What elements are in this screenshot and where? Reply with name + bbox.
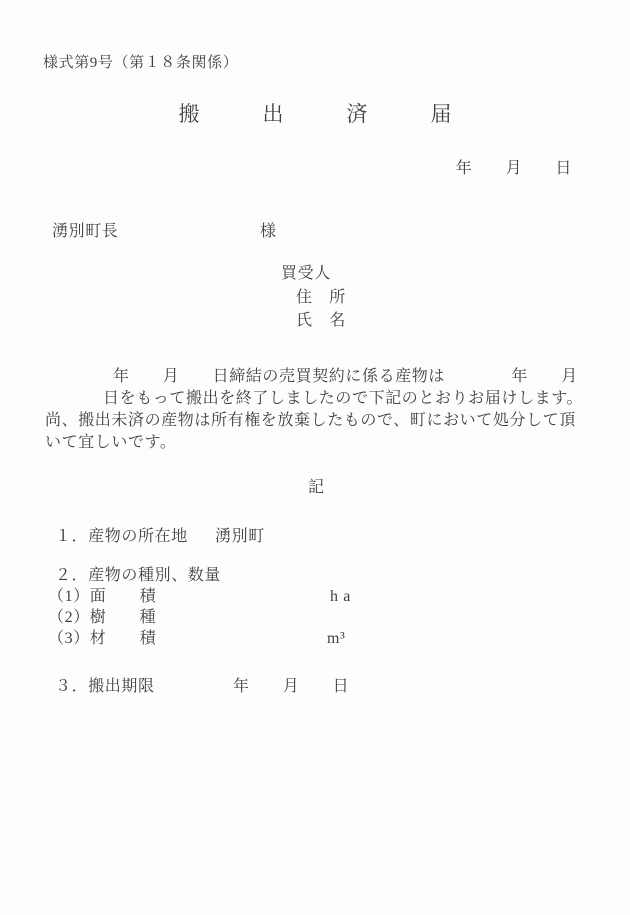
recipient-name: 湧別町長 bbox=[52, 224, 118, 240]
item2-area-label: （1）面 積 bbox=[48, 589, 156, 605]
item1-location-value: 湧別町 bbox=[215, 529, 265, 545]
body-text-line-2: 日をもって搬出を終了しましたので下記のとおりお届けします。 bbox=[103, 391, 583, 407]
item3-deadline-label: ３．搬出期限 bbox=[55, 679, 155, 695]
body-text-line-3: 尚、搬出未済の産物は所有権を放棄したもので、町において処分して頂 bbox=[45, 413, 576, 429]
body-text-line-1: 年 月 日締結の売買契約に係る産物は 年 月 bbox=[113, 369, 578, 385]
item2-volume-label: （3）材 積 bbox=[48, 631, 156, 647]
item3-deadline-date: 年 月 日 bbox=[233, 679, 349, 695]
item2-type-qty-label: ２．産物の種別、数量 bbox=[55, 568, 221, 584]
buyer-address-label: 住 所 bbox=[296, 290, 346, 306]
document-page: 様式第9号（第１８条関係） 搬 出 済 届 年 月 日 湧別町長 様 買受人 住… bbox=[0, 0, 630, 915]
buyer-name-label: 氏 名 bbox=[296, 313, 346, 329]
record-heading: 記 bbox=[308, 480, 325, 496]
body-text-line-4: いて宜しいです。 bbox=[45, 435, 177, 451]
form-number: 様式第9号（第１８条関係） bbox=[43, 56, 238, 71]
item2-volume-unit: m³ bbox=[327, 631, 345, 647]
document-title: 搬 出 済 届 bbox=[0, 104, 630, 125]
recipient-honorific: 様 bbox=[260, 224, 277, 240]
item2-species-label: （2）樹 種 bbox=[48, 610, 156, 626]
item1-location-label: １．産物の所在地 bbox=[55, 529, 188, 545]
date-field: 年 月 日 bbox=[456, 161, 572, 177]
item2-area-unit: h a bbox=[330, 589, 351, 605]
buyer-label: 買受人 bbox=[281, 266, 331, 282]
